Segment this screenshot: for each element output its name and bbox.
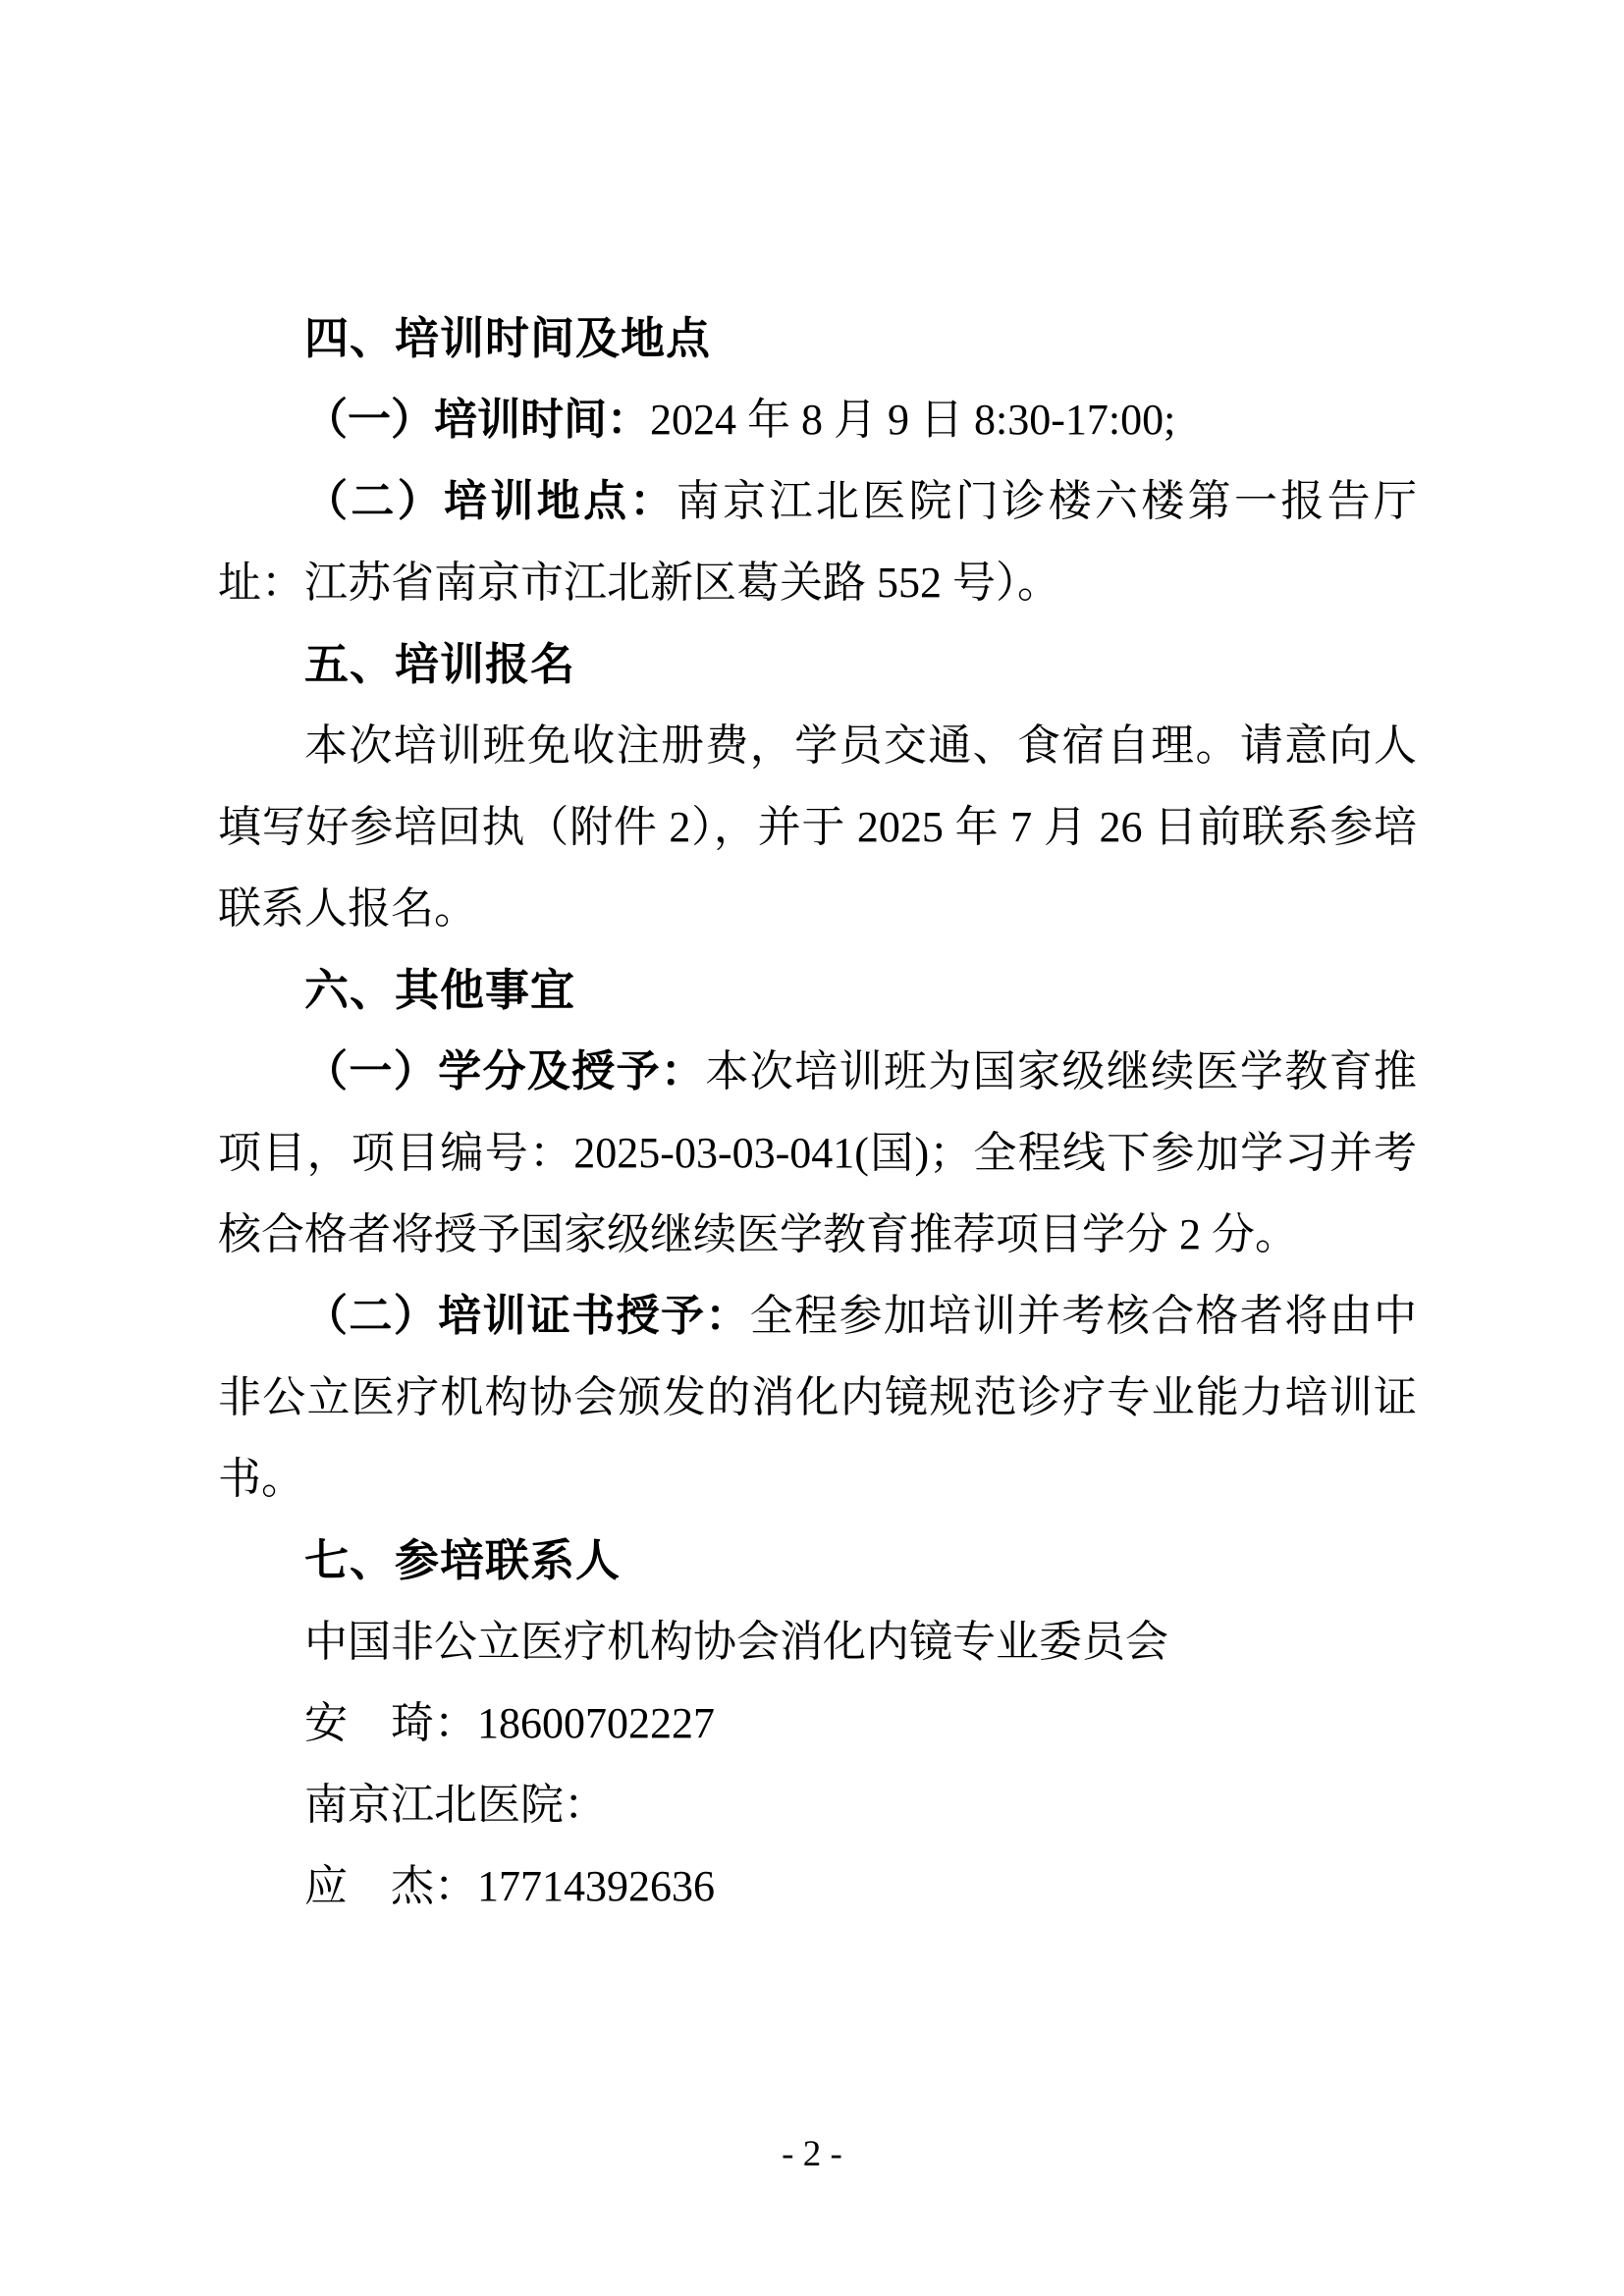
line-certificate-2: 非公立医疗机构协会颁发的消化内镜规范诊疗专业能力培训证: [218, 1357, 1417, 1438]
line-text: 址：江苏省南京市江北新区葛关路 552 号）。: [218, 559, 1060, 607]
line-training-place-1: （二）培训地点：南京江北医院门诊楼六楼第一报告厅（地: [218, 460, 1417, 542]
line-lead-bold: （二）培训地点：: [304, 477, 677, 525]
line-contact-org-association: 中国非公立医疗机构协会消化内镜专业委员会: [218, 1601, 1417, 1682]
document-body: 四、培训时间及地点 （一）培训时间：2024 年 8 月 9 日 8:30-17…: [218, 297, 1417, 1927]
line-text: 本次培训班免收注册费，学员交通、食宿自理。请意向人员: [218, 721, 1417, 786]
line-training-time: （一）培训时间：2024 年 8 月 9 日 8:30-17:00;: [218, 379, 1417, 460]
line-text: 书。: [218, 1455, 304, 1503]
line-lead-bold: （一）学分及授予：: [304, 1047, 705, 1095]
line-contact-org-hospital: 南京江北医院：: [218, 1764, 1417, 1845]
line-certificate-1: （二）培训证书授予：全程参加培训并考核合格者将由中国: [218, 1275, 1417, 1357]
line-registration-2: 填写好参培回执（附件 2），并于 2025 年 7 月 26 日前联系参培: [218, 786, 1417, 868]
line-contact-an-qi-phone: 安 琦：18600702227: [218, 1682, 1417, 1764]
line-text: 非公立医疗机构协会颁发的消化内镜规范诊疗专业能力培训证: [218, 1373, 1417, 1421]
line-text: 应 杰：17714392636: [304, 1862, 715, 1910]
line-text: 项目，项目编号：2025-03-03-041(国)；全程线下参加学习并考: [218, 1129, 1417, 1177]
line-lead-bold: （一）培训时间：: [304, 396, 650, 444]
line-credits-3: 核合格者将授予国家级继续医学教育推荐项目学分 2 分。: [218, 1194, 1417, 1275]
heading-section-4-time-place: 四、培训时间及地点: [218, 297, 1417, 379]
heading-section-6-other-matters: 六、其他事宜: [218, 949, 1417, 1031]
heading-text: 五、培训报名: [304, 639, 575, 689]
line-text: 中国非公立医疗机构协会消化内镜专业委员会: [304, 1618, 1168, 1666]
heading-text: 七、参培联系人: [304, 1535, 621, 1585]
line-training-place-2-address: 址：江苏省南京市江北新区葛关路 552 号）。: [218, 542, 1417, 623]
document-page: 四、培训时间及地点 （一）培训时间：2024 年 8 月 9 日 8:30-17…: [0, 0, 1624, 2296]
line-registration-1: 本次培训班免收注册费，学员交通、食宿自理。请意向人员: [218, 705, 1417, 786]
heading-text: 四、培训时间及地点: [304, 313, 711, 363]
line-text: 联系人报名。: [218, 884, 477, 933]
line-text: 安 琦：18600702227: [304, 1699, 715, 1747]
line-certificate-3: 书。: [218, 1438, 1417, 1520]
heading-text: 六、其他事宜: [304, 965, 575, 1015]
line-text: 2024 年 8 月 9 日 8:30-17:00;: [650, 396, 1175, 444]
line-credits-2-project-number: 项目，项目编号：2025-03-03-041(国)；全程线下参加学习并考: [218, 1112, 1417, 1194]
line-credits-1: （一）学分及授予：本次培训班为国家级继续医学教育推荐: [218, 1031, 1417, 1112]
page-number: - 2 -: [782, 2134, 842, 2174]
line-lead-bold: （二）培训证书授予：: [304, 1292, 750, 1340]
line-text: 填写好参培回执（附件 2），并于 2025 年 7 月 26 日前联系参培: [218, 803, 1417, 851]
line-text: 南京江北医院：: [304, 1781, 607, 1829]
line-text: 核合格者将授予国家级继续医学教育推荐项目学分 2 分。: [218, 1210, 1298, 1258]
line-contact-ying-jie-phone: 应 杰：17714392636: [218, 1845, 1417, 1927]
heading-section-5-registration: 五、培训报名: [218, 623, 1417, 705]
line-registration-3: 联系人报名。: [218, 868, 1417, 949]
heading-section-7-contacts: 七、参培联系人: [218, 1520, 1417, 1601]
page-footer: - 2 -: [0, 2128, 1624, 2181]
